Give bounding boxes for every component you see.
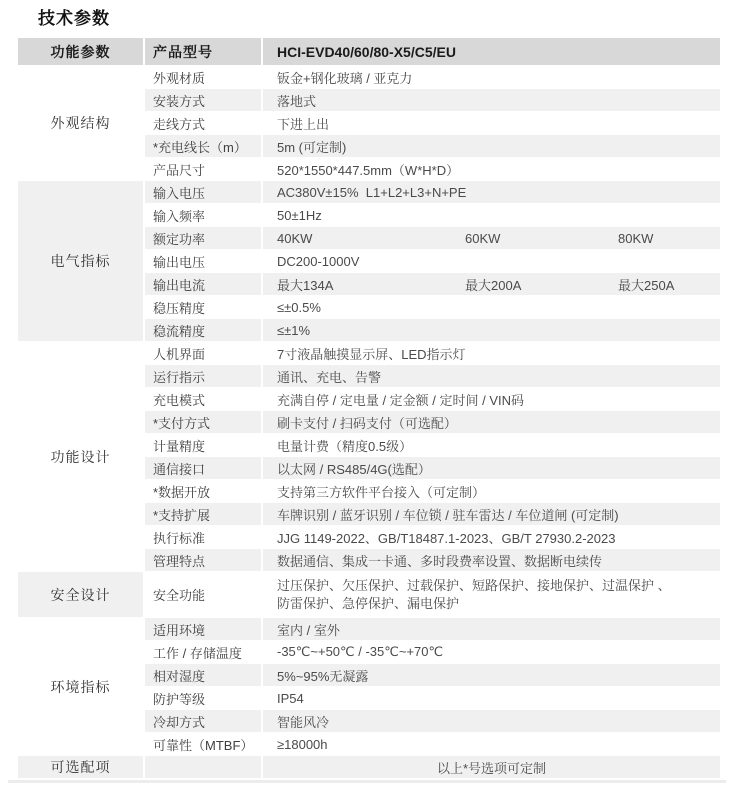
spec-row-label: 输入电压 xyxy=(145,181,263,203)
spec-row-label: 产品尺寸 xyxy=(145,158,263,180)
spec-row-value: 支持第三方软件平台接入（可定制） xyxy=(263,480,720,502)
spec-row: *支付方式刷卡支付 / 扫码支付（可选配） xyxy=(145,411,720,434)
spec-row: 通信接口以太网 / RS485/4G(选配） xyxy=(145,457,720,480)
spec-row-value: 钣金+钢化玻璃 / 亚克力 xyxy=(263,66,720,88)
spec-row-value: JJG 1149-2022、GB/T18487.1-2023、GB/T 2793… xyxy=(263,526,720,548)
spec-row-value: 落地式 xyxy=(263,89,720,111)
spec-row-label: 计量精度 xyxy=(145,434,263,456)
spec-row-label: 可靠性（MTBF） xyxy=(145,733,263,755)
spec-row: 外观材质钣金+钢化玻璃 / 亚克力 xyxy=(145,66,720,89)
spec-row: 可靠性（MTBF）≥18000h xyxy=(145,733,720,756)
spec-row-label: 运行指示 xyxy=(145,365,263,387)
spec-row-value: DC200-1000V xyxy=(263,250,720,272)
spec-row-label: 执行标准 xyxy=(145,526,263,548)
spec-row-value: 充满自停 / 定电量 / 定金额 / 定时间 / VIN码 xyxy=(263,388,720,410)
spec-section: 可选配项以上*号选项可定制 xyxy=(18,756,720,779)
spec-row: 充电模式充满自停 / 定电量 / 定金额 / 定时间 / VIN码 xyxy=(145,388,720,411)
spec-row-label: 充电模式 xyxy=(145,388,263,410)
spec-row: 相对湿度5%~95%无凝露 xyxy=(145,664,720,687)
spec-row-label: *支付方式 xyxy=(145,411,263,433)
spec-row-value: IP54 xyxy=(263,687,720,709)
spec-row: 产品尺寸520*1550*447.5mm（W*H*D） xyxy=(145,158,720,181)
spec-row: 运行指示通讯、充电、告警 xyxy=(145,365,720,388)
spec-row-label: 工作 / 存储温度 xyxy=(145,641,263,663)
spec-row-label: 防护等级 xyxy=(145,687,263,709)
spec-row-label: 稳流精度 xyxy=(145,319,263,341)
header-model-number: HCI-EVD40/60/80-X5/C5/EU xyxy=(263,38,720,65)
spec-row: 执行标准JJG 1149-2022、GB/T18487.1-2023、GB/T … xyxy=(145,526,720,549)
spec-row: 安全功能过压保护、欠压保护、过载保护、短路保护、接地保护、过温保护 、防雷保护、… xyxy=(145,572,720,618)
spec-row-value: 下进上出 xyxy=(263,112,720,134)
spec-row-value: 50±1Hz xyxy=(263,204,720,226)
spec-row-label: 冷却方式 xyxy=(145,710,263,732)
spec-row-label: *数据开放 xyxy=(145,480,263,502)
spec-row-value: 以上*号选项可定制 xyxy=(263,756,720,778)
spec-section: 安全设计安全功能过压保护、欠压保护、过载保护、短路保护、接地保护、过温保护 、防… xyxy=(18,572,720,618)
spec-row-label: 人机界面 xyxy=(145,342,263,364)
spec-row-label: 额定功率 xyxy=(145,227,263,249)
spec-row-value: 智能风冷 xyxy=(263,710,720,732)
spec-row-value: 以太网 / RS485/4G(选配） xyxy=(263,457,720,479)
spec-row-label: 输出电压 xyxy=(145,250,263,272)
section-rows: 外观材质钣金+钢化玻璃 / 亚克力安装方式落地式走线方式下进上出*充电线长（m）… xyxy=(145,66,720,181)
spec-section: 电气指标输入电压AC380V±15% L1+L2+L3+N+PE输入频率50±1… xyxy=(18,181,720,342)
spec-row: 以上*号选项可定制 xyxy=(145,756,720,779)
spec-row-value: 40KW60KW80KW xyxy=(263,227,720,249)
spec-row: *充电线长（m）5m (可定制) xyxy=(145,135,720,158)
spec-row-value: 刷卡支付 / 扫码支付（可选配） xyxy=(263,411,720,433)
table-header-row: 功能参数 产品型号 HCI-EVD40/60/80-X5/C5/EU xyxy=(18,38,720,66)
spec-row-value: 室内 / 室外 xyxy=(263,618,720,640)
spec-row-label: 稳压精度 xyxy=(145,296,263,318)
spec-row-value: 5m (可定制) xyxy=(263,135,720,157)
section-rows: 输入电压AC380V±15% L1+L2+L3+N+PE输入频率50±1Hz额定… xyxy=(145,181,720,342)
spec-row-label: 输出电流 xyxy=(145,273,263,295)
spec-row-value: 520*1550*447.5mm（W*H*D） xyxy=(263,158,720,180)
spec-value-col: 60KW xyxy=(465,231,618,246)
spec-value-col: 最大134A xyxy=(277,275,465,294)
spec-row: *支持扩展车牌识别 / 蓝牙识别 / 车位锁 / 驻车雷达 / 车位道闸 (可定… xyxy=(145,503,720,526)
spec-section: 外观结构外观材质钣金+钢化玻璃 / 亚克力安装方式落地式走线方式下进上出*充电线… xyxy=(18,66,720,181)
section-label: 安全设计 xyxy=(18,572,145,618)
spec-row-label: 通信接口 xyxy=(145,457,263,479)
spec-row-label: 安装方式 xyxy=(145,89,263,111)
bottom-divider xyxy=(8,780,726,783)
spec-row-value: -35℃~+50℃ / -35℃~+70℃ xyxy=(263,641,720,663)
spec-row: 输出电流最大134A最大200A最大250A xyxy=(145,273,720,296)
spec-value-line: 防雷保护、急停保护、漏电保护 xyxy=(277,595,459,613)
spec-row: 稳压精度≤±0.5% xyxy=(145,296,720,319)
page-title: 技术参数 xyxy=(38,8,732,30)
spec-row-label: 管理特点 xyxy=(145,549,263,571)
spec-row-value: 最大134A最大200A最大250A xyxy=(263,273,720,295)
spec-value-col: 最大200A xyxy=(465,275,618,294)
spec-row-value: ≥18000h xyxy=(263,733,720,755)
spec-row-value: AC380V±15% L1+L2+L3+N+PE xyxy=(263,181,720,203)
spec-row: 输入频率50±1Hz xyxy=(145,204,720,227)
spec-value-col: 最大250A xyxy=(618,275,674,294)
spec-row-label: 输入频率 xyxy=(145,204,263,226)
section-rows: 适用环境室内 / 室外工作 / 存储温度-35℃~+50℃ / -35℃~+70… xyxy=(145,618,720,756)
section-label: 功能设计 xyxy=(18,342,145,572)
spec-row: 计量精度电量计费（精度0.5级） xyxy=(145,434,720,457)
header-function-params: 功能参数 xyxy=(18,38,145,65)
spec-row-value: 车牌识别 / 蓝牙识别 / 车位锁 / 驻车雷达 / 车位道闸 (可定制) xyxy=(263,503,720,525)
spec-value-line: 过压保护、欠压保护、过载保护、短路保护、接地保护、过温保护 、 xyxy=(277,577,671,595)
spec-row-value: 过压保护、欠压保护、过载保护、短路保护、接地保护、过温保护 、防雷保护、急停保护… xyxy=(263,572,720,617)
section-rows: 以上*号选项可定制 xyxy=(145,756,720,779)
spec-row-label: 走线方式 xyxy=(145,112,263,134)
spec-row-label: 适用环境 xyxy=(145,618,263,640)
spec-row: *数据开放支持第三方软件平台接入（可定制） xyxy=(145,480,720,503)
spec-row: 人机界面7寸液晶触摸显示屏、LED指示灯 xyxy=(145,342,720,365)
spec-row-label xyxy=(145,756,263,778)
header-product-model: 产品型号 xyxy=(145,38,263,65)
spec-row: 冷却方式智能风冷 xyxy=(145,710,720,733)
spec-row-label: 相对湿度 xyxy=(145,664,263,686)
spec-row: 安装方式落地式 xyxy=(145,89,720,112)
spec-row: 走线方式下进上出 xyxy=(145,112,720,135)
spec-row-label: *充电线长（m） xyxy=(145,135,263,157)
spec-row: 稳流精度≤±1% xyxy=(145,319,720,342)
section-label: 环境指标 xyxy=(18,618,145,756)
spec-row-value: 电量计费（精度0.5级） xyxy=(263,434,720,456)
spec-row: 额定功率40KW60KW80KW xyxy=(145,227,720,250)
spec-row-label: *支持扩展 xyxy=(145,503,263,525)
spec-row-value: 7寸液晶触摸显示屏、LED指示灯 xyxy=(263,342,720,364)
spec-row-value: 5%~95%无凝露 xyxy=(263,664,720,686)
section-label: 外观结构 xyxy=(18,66,145,181)
spec-row: 防护等级IP54 xyxy=(145,687,720,710)
spec-table: 功能参数 产品型号 HCI-EVD40/60/80-X5/C5/EU 外观结构外… xyxy=(18,38,720,779)
section-label: 电气指标 xyxy=(18,181,145,342)
spec-row: 管理特点数据通信、集成一卡通、多时段费率设置、数据断电续传 xyxy=(145,549,720,572)
spec-section: 功能设计人机界面7寸液晶触摸显示屏、LED指示灯运行指示通讯、充电、告警充电模式… xyxy=(18,342,720,572)
spec-section: 环境指标适用环境室内 / 室外工作 / 存储温度-35℃~+50℃ / -35℃… xyxy=(18,618,720,756)
section-rows: 人机界面7寸液晶触摸显示屏、LED指示灯运行指示通讯、充电、告警充电模式充满自停… xyxy=(145,342,720,572)
spec-row-label: 安全功能 xyxy=(145,572,263,617)
spec-value-col: 80KW xyxy=(618,231,653,246)
table-body: 外观结构外观材质钣金+钢化玻璃 / 亚克力安装方式落地式走线方式下进上出*充电线… xyxy=(18,66,720,779)
section-label: 可选配项 xyxy=(18,756,145,779)
spec-row: 适用环境室内 / 室外 xyxy=(145,618,720,641)
spec-row-label: 外观材质 xyxy=(145,66,263,88)
spec-row-value: ≤±0.5% xyxy=(263,296,720,318)
spec-value-col: 40KW xyxy=(277,231,465,246)
spec-row-value: 通讯、充电、告警 xyxy=(263,365,720,387)
spec-row-value: 数据通信、集成一卡通、多时段费率设置、数据断电续传 xyxy=(263,549,720,571)
spec-row: 输出电压DC200-1000V xyxy=(145,250,720,273)
spec-row: 输入电压AC380V±15% L1+L2+L3+N+PE xyxy=(145,181,720,204)
spec-row-value: ≤±1% xyxy=(263,319,720,341)
spec-row: 工作 / 存储温度-35℃~+50℃ / -35℃~+70℃ xyxy=(145,641,720,664)
section-rows: 安全功能过压保护、欠压保护、过载保护、短路保护、接地保护、过温保护 、防雷保护、… xyxy=(145,572,720,618)
